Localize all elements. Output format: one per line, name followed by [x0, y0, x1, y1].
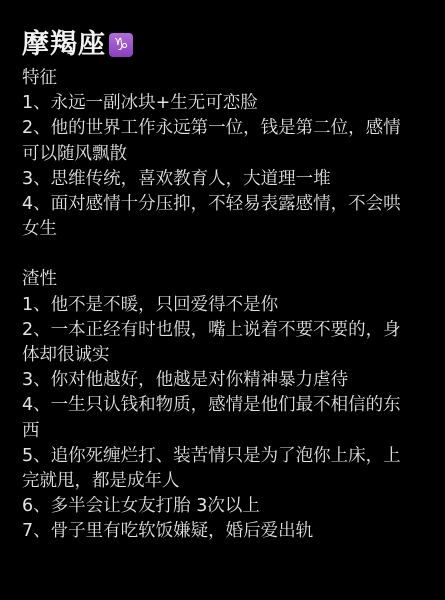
section-traits: 特征 1、永远一副冰块+生无可恋脸 2、他的世界工作永远第一位，钱是第二位，感情…	[22, 66, 432, 242]
list-item: 1、他不是不暖，只回爱得不是你	[22, 293, 432, 318]
list-item: 5、追你死缠烂打、装苦情只是为了泡你上床，上	[22, 444, 432, 469]
note-content: 摩羯座 ♑ 特征 1、永远一副冰块+生无可恋脸 2、他的世界工作永远第一位，钱是…	[22, 28, 432, 545]
list-item-continuation: 西	[22, 419, 432, 444]
title-row: 摩羯座 ♑	[22, 28, 432, 62]
list-item-continuation: 女生	[22, 217, 432, 242]
list-item-continuation: 体却很诚实	[22, 343, 432, 368]
list-item: 3、思维传统，喜欢教育人，大道理一堆	[22, 167, 432, 192]
section-flaws: 渣性 1、他不是不暖，只回爱得不是你 2、一本正经有时也假，嘴上说着不要不要的，…	[22, 267, 432, 544]
list-item: 2、一本正经有时也假，嘴上说着不要不要的，身	[22, 318, 432, 343]
list-item: 1、永远一副冰块+生无可恋脸	[22, 91, 432, 116]
section-heading: 特征	[22, 66, 432, 91]
list-item: 6、多半会让女友打胎 3次以上	[22, 494, 432, 519]
section-heading: 渣性	[22, 267, 432, 292]
list-item: 4、面对感情十分压抑，不轻易表露感情，不会哄	[22, 192, 432, 217]
list-item: 3、你对他越好，他越是对你精神暴力虐待	[22, 368, 432, 393]
list-item: 4、一生只认钱和物质，感情是他们最不相信的东	[22, 393, 432, 418]
list-item: 2、他的世界工作永远第一位，钱是第二位，感情	[22, 116, 432, 141]
list-item: 7、骨子里有吃软饭嫌疑，婚后爱出轨	[22, 519, 432, 544]
list-item-continuation: 可以随风飘散	[22, 142, 432, 167]
capricorn-icon: ♑	[109, 33, 133, 57]
section-spacer	[22, 242, 432, 267]
list-item-continuation: 完就甩，都是成年人	[22, 469, 432, 494]
page-title: 摩羯座	[22, 28, 106, 62]
